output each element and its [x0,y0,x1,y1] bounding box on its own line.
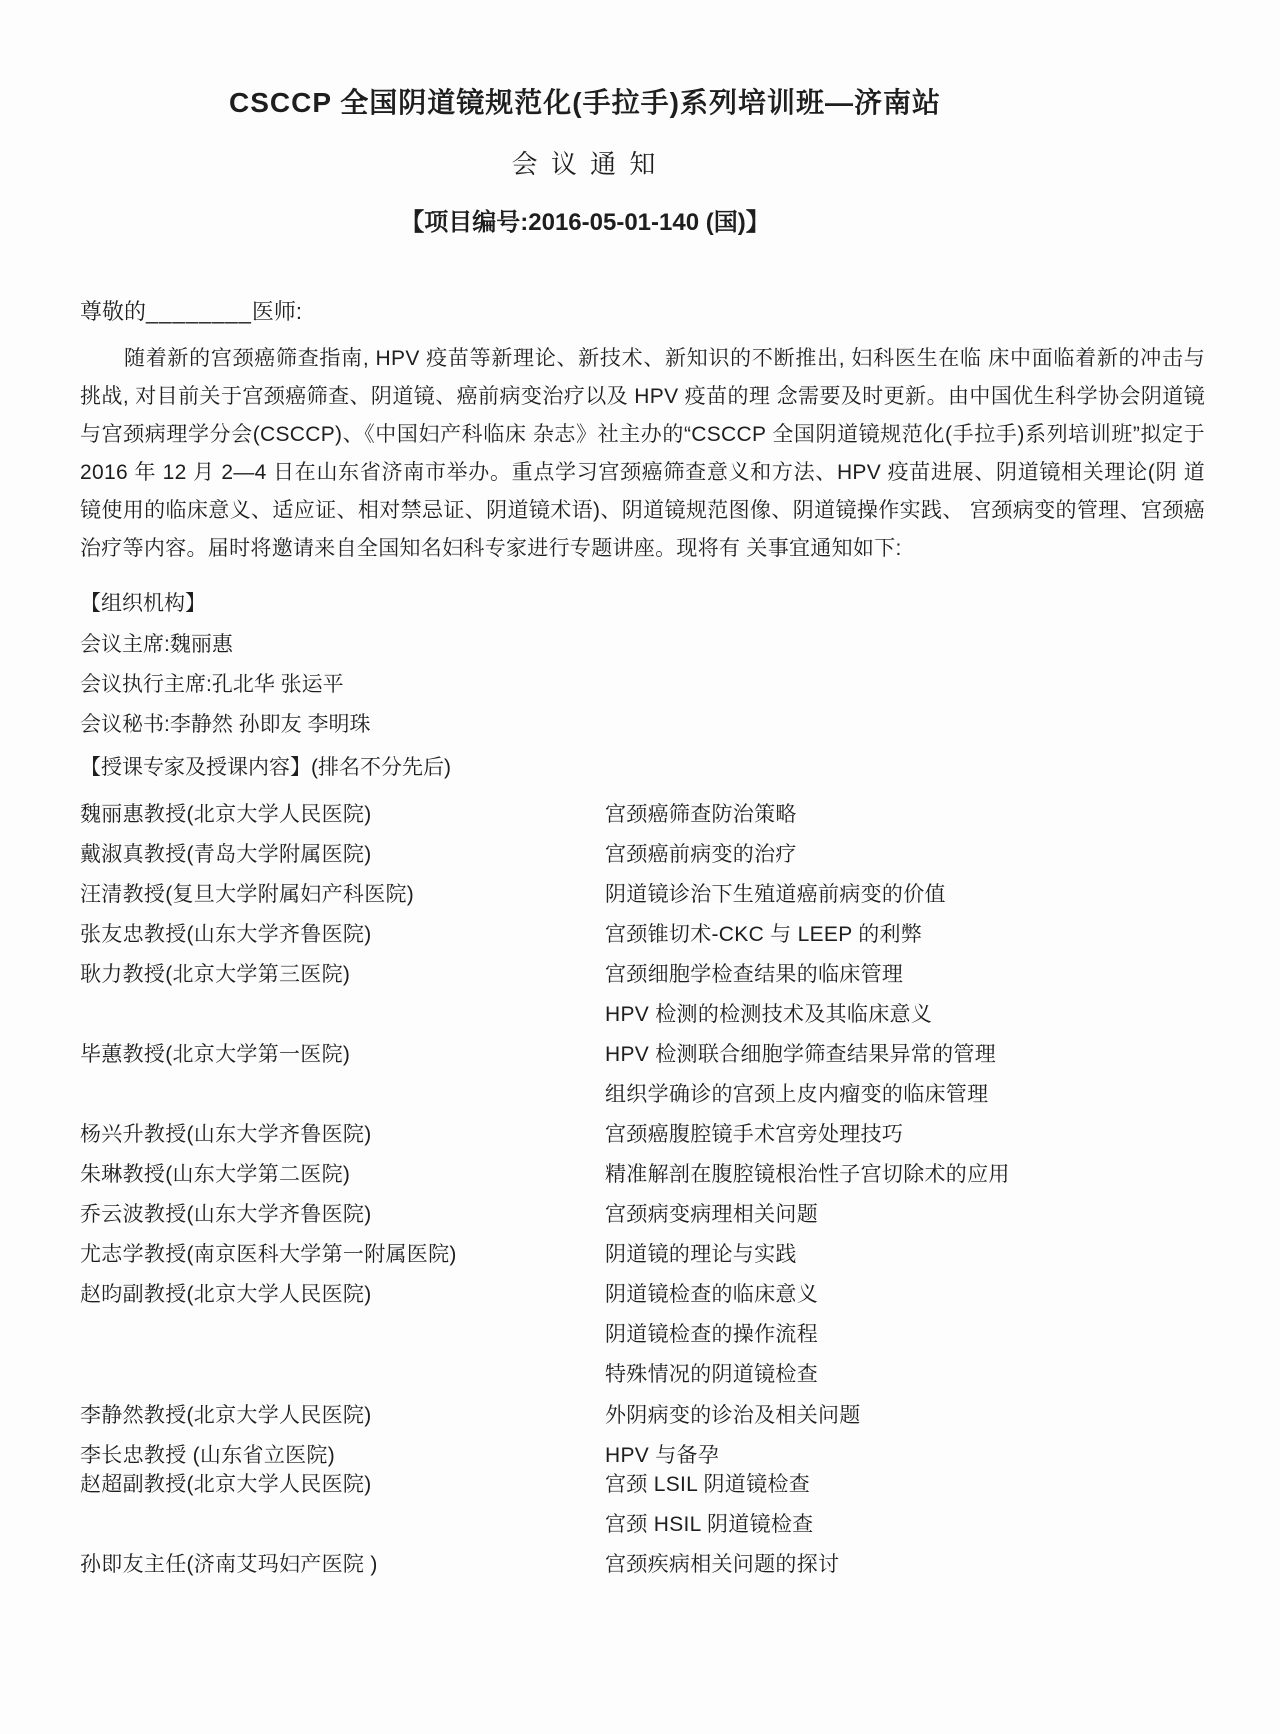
notice-subtitle: 会 议 通 知 [80,148,1090,180]
lecturer-name: 魏丽惠教授(北京大学人民医院) [80,801,605,828]
lecturer-row: 汪清教授(复旦大学附属妇产科医院)阴道镜诊治下生殖道癌前病变的价值 [80,881,1205,908]
lecture-topic: 宫颈癌筛查防治策略 [605,801,1205,828]
lecturer-row: 赵超副教授(北京大学人民医院)宫颈 LSIL 阴道镜检查 [80,1471,1205,1498]
lecturer-row: 组织学确诊的宫颈上皮内瘤变的临床管理 [80,1081,1205,1108]
lecturer-row: 耿力教授(北京大学第三医院)宫颈细胞学检查结果的临床管理 [80,961,1205,988]
lecturer-name: 乔云波教授(山东大学齐鲁医院) [80,1201,605,1228]
lecturer-row: 尤志学教授(南京医科大学第一附属医院)阴道镜的理论与实践 [80,1241,1205,1268]
lecturer-row: 乔云波教授(山东大学齐鲁医院)宫颈病变病理相关问题 [80,1201,1205,1228]
lecturer-name [80,1361,605,1388]
lecture-topic: 组织学确诊的宫颈上皮内瘤变的临床管理 [605,1081,1205,1108]
lecture-topic: HPV 检测联合细胞学筛查结果异常的管理 [605,1041,1205,1068]
lecture-topic: 精准解剖在腹腔镜根治性子宫切除术的应用 [605,1161,1205,1188]
lecturer-row: 张友忠教授(山东大学齐鲁医院)宫颈锥切术-CKC 与 LEEP 的利弊 [80,921,1205,948]
lecturer-name [80,1081,605,1108]
lecturer-name: 戴淑真教授(青岛大学附属医院) [80,841,605,868]
lecturer-name: 李长忠教授 (山东省立医院) [80,1442,605,1469]
lecturer-name: 赵超副教授(北京大学人民医院) [80,1471,605,1498]
lecturer-row: 李静然教授(北京大学人民医院)外阴病变的诊治及相关问题 [80,1402,1205,1429]
lecturer-name: 尤志学教授(南京医科大学第一附属医院) [80,1241,605,1268]
lecturer-row: HPV 检测的检测技术及其临床意义 [80,1001,1205,1028]
project-number: 【项目编号:2016-05-01-140 (国)】 [80,208,1090,238]
lecture-topic: HPV 检测的检测技术及其临床意义 [605,1001,1205,1028]
lecture-topic: 宫颈锥切术-CKC 与 LEEP 的利弊 [605,921,1205,948]
salutation-suffix: 医师: [252,299,302,324]
lecturer-name: 李静然教授(北京大学人民医院) [80,1402,605,1429]
lecture-topic: 阴道镜诊治下生殖道癌前病变的价值 [605,881,1205,908]
lecture-topic: HPV 与备孕 [605,1442,1205,1469]
lecturer-row: 赵昀副教授(北京大学人民医院)阴道镜检查的临床意义 [80,1281,1205,1308]
organization-heading: 【组织机构】 [80,590,1205,618]
lecturers-list: 魏丽惠教授(北京大学人民医院)宫颈癌筛查防治策略 戴淑真教授(青岛大学附属医院)… [80,801,1205,1578]
lecturer-row: 魏丽惠教授(北京大学人民医院)宫颈癌筛查防治策略 [80,801,1205,828]
lecturer-row: 杨兴升教授(山东大学齐鲁医院)宫颈癌腹腔镜手术宫旁处理技巧 [80,1121,1205,1148]
salutation: 尊敬的________医师: [80,298,1205,326]
lecturer-row: 毕蕙教授(北京大学第一医院)HPV 检测联合细胞学筛查结果异常的管理 [80,1041,1205,1068]
lecturer-name [80,1321,605,1348]
lecturer-name: 耿力教授(北京大学第三医院) [80,961,605,988]
lecturer-name [80,1001,605,1028]
lecture-topic: 宫颈癌腹腔镜手术宫旁处理技巧 [605,1121,1205,1148]
lecture-topic: 阴道镜的理论与实践 [605,1241,1205,1268]
lecturer-row: 朱琳教授(山东大学第二医院)精准解剖在腹腔镜根治性子宫切除术的应用 [80,1161,1205,1188]
lecture-topic: 宫颈 LSIL 阴道镜检查 [605,1471,1205,1498]
lecturer-row: 孙即友主任(济南艾玛妇产医院 )宫颈疾病相关问题的探讨 [80,1551,1205,1578]
lecturer-name: 毕蕙教授(北京大学第一医院) [80,1041,605,1068]
conference-chair-line: 会议主席:魏丽惠 [80,631,1205,658]
lecture-topic: 宫颈病变病理相关问题 [605,1201,1205,1228]
lecture-topic: 阴道镜检查的临床意义 [605,1281,1205,1308]
document-title: CSCCP 全国阴道镜规范化(手拉手)系列培训班—济南站 [80,86,1090,120]
document-page: CSCCP 全国阴道镜规范化(手拉手)系列培训班—济南站 会 议 通 知 【项目… [0,0,1280,1734]
lecturer-name [80,1511,605,1538]
lecturer-row: 戴淑真教授(青岛大学附属医院)宫颈癌前病变的治疗 [80,841,1205,868]
executive-chair-line: 会议执行主席:孔北华 张运平 [80,671,1205,698]
lecturer-name: 孙即友主任(济南艾玛妇产医院 ) [80,1551,605,1578]
intro-paragraph: 随着新的宫颈癌筛查指南, HPV 疫苗等新理论、新技术、新知识的不断推出, 妇科… [80,340,1205,568]
salutation-prefix: 尊敬的 [80,299,146,324]
lecturer-name: 汪清教授(复旦大学附属妇产科医院) [80,881,605,908]
lecturer-row: 特殊情况的阴道镜检查 [80,1361,1205,1388]
salutation-blank-line: ________ [146,299,252,324]
lecture-topic: 阴道镜检查的操作流程 [605,1321,1205,1348]
lecturers-heading: 【授课专家及授课内容】(排名不分先后) [80,754,1205,782]
lecture-topic: 宫颈癌前病变的治疗 [605,841,1205,868]
lecturer-row: 李长忠教授 (山东省立医院)HPV 与备孕 [80,1442,1205,1469]
lecture-topic: 宫颈疾病相关问题的探讨 [605,1551,1205,1578]
lecturer-name: 朱琳教授(山东大学第二医院) [80,1161,605,1188]
lecturer-name: 杨兴升教授(山东大学齐鲁医院) [80,1121,605,1148]
lecture-topic: 外阴病变的诊治及相关问题 [605,1402,1205,1429]
lecturer-name: 赵昀副教授(北京大学人民医院) [80,1281,605,1308]
lecturer-row: 宫颈 HSIL 阴道镜检查 [80,1511,1205,1538]
lecturer-row: 阴道镜检查的操作流程 [80,1321,1205,1348]
lecture-topic: 宫颈细胞学检查结果的临床管理 [605,961,1205,988]
document-header: CSCCP 全国阴道镜规范化(手拉手)系列培训班—济南站 会 议 通 知 【项目… [80,86,1090,238]
lecture-topic: 宫颈 HSIL 阴道镜检查 [605,1511,1205,1538]
conference-secretary-line: 会议秘书:李静然 孙即友 李明珠 [80,711,1205,738]
lecture-topic: 特殊情况的阴道镜检查 [605,1361,1205,1388]
lecturer-name: 张友忠教授(山东大学齐鲁医院) [80,921,605,948]
